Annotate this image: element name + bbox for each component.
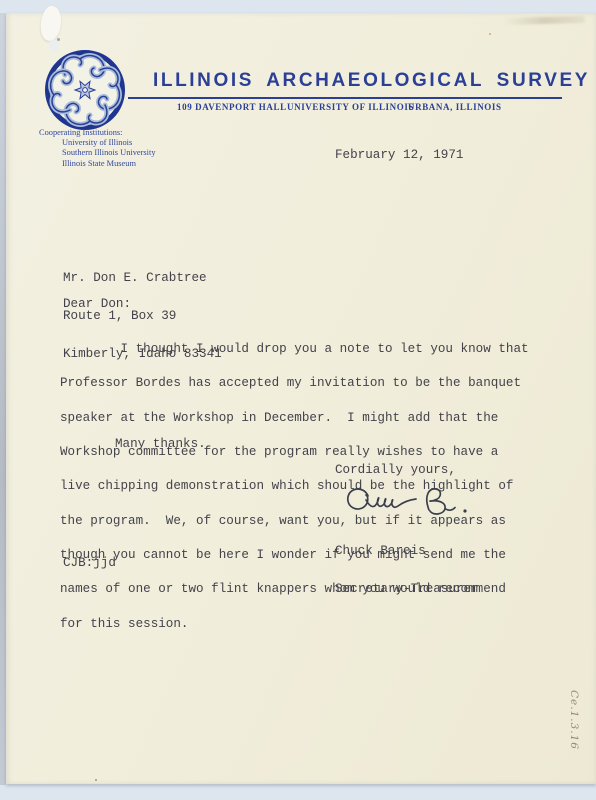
- body-line: Professor Bordes has accepted my invitat…: [60, 378, 529, 389]
- scanned-letter-page: ILLINOIS ARCHAEOLOGICAL SURVEY 109 DAVEN…: [0, 0, 596, 800]
- archive-code: Ce.1.3.16: [568, 690, 580, 760]
- body-line: speaker at the Workshop in December. I m…: [60, 413, 529, 424]
- salutation: Dear Don:: [63, 297, 131, 311]
- letterhead-address-city: URBANA, ILLINOIS: [408, 102, 502, 112]
- paper-speck: [95, 779, 97, 781]
- survey-seal-icon: [43, 48, 127, 132]
- signature-block: Chuck Bareis Secretary-Treasurer: [335, 520, 479, 621]
- letter-date: February 12, 1971: [335, 148, 463, 162]
- body-line: I thought I would drop you a note to let…: [60, 344, 529, 355]
- cooperating-institution: Southern Illinois University: [62, 148, 156, 158]
- cooperating-institutions: Cooperating Institutions: University of …: [39, 128, 156, 169]
- signer-name: Chuck Bareis: [335, 545, 479, 558]
- thanks-line: Many thanks.: [115, 437, 206, 451]
- letterhead-rule: [128, 97, 562, 99]
- letterhead-address-hall: 109 DAVENPORT HALL: [177, 102, 287, 112]
- closing-line: Cordially yours,: [335, 463, 456, 477]
- signer-title: Secretary-Treasurer: [335, 583, 479, 596]
- cooperating-label: Cooperating Institutions:: [39, 128, 156, 138]
- recipient-name: Mr. Don E. Crabtree: [63, 272, 222, 285]
- cooperating-institution: Illinois State Museum: [62, 159, 156, 169]
- paper-speck: [489, 33, 491, 35]
- letterhead-title: ILLINOIS ARCHAEOLOGICAL SURVEY: [153, 70, 590, 92]
- reference-initials: CJB:jjd: [63, 556, 116, 570]
- cooperating-institution: University of Illinois: [62, 138, 156, 148]
- paper-speck: [57, 38, 60, 41]
- letterhead-address-university: UNIVERSITY OF ILLINOIS: [287, 102, 414, 112]
